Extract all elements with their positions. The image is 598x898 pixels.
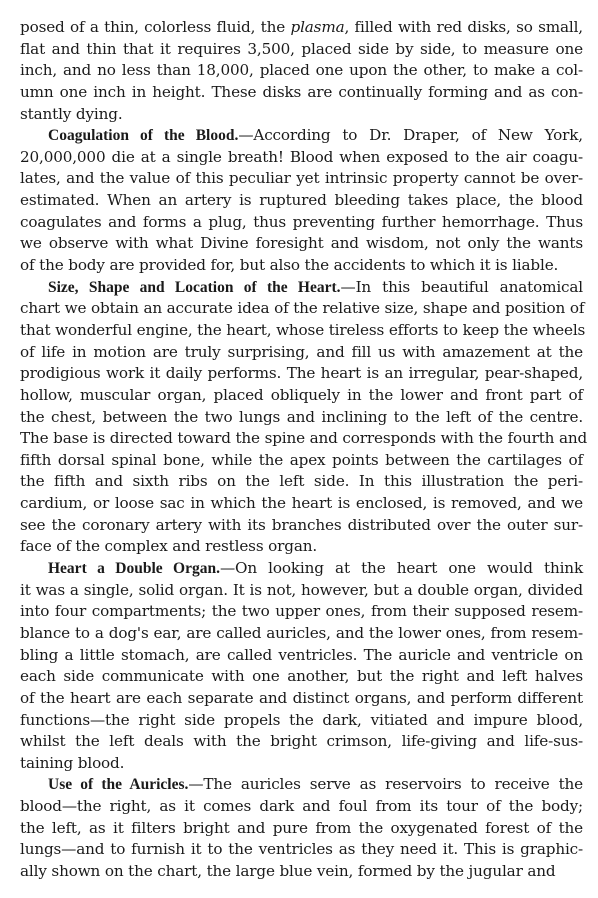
text-line: cardium, or loose sac in which the heart… xyxy=(20,493,583,515)
section-heading: Coagulation of the Blood. xyxy=(48,127,238,144)
text-run: , filled with red disks, so small, xyxy=(344,18,583,36)
text-run: the fifth and sixth ribs on the left sid… xyxy=(20,472,583,490)
section-heading: Use of the Auricles. xyxy=(48,776,188,793)
text-run: umn one inch in height. These disks are … xyxy=(20,83,583,101)
text-run: flat and thin that it requires 3,500, pl… xyxy=(20,40,583,58)
text-line: lungs—and to furnish it to the ventricle… xyxy=(20,839,583,861)
text-line: whilst the left deals with the bright cr… xyxy=(20,731,583,753)
text-run: each side communicate with one another, … xyxy=(20,667,583,685)
text-run: —The auricles serve as reservoirs to rec… xyxy=(188,775,583,793)
text-line: the left, as it filters bright and pure … xyxy=(20,818,583,840)
text-run: blance to a dog's ear, are called auricl… xyxy=(20,624,583,642)
text-line: see the coronary artery with its branche… xyxy=(20,515,583,537)
text-line: hollow, muscular organ, placed obliquely… xyxy=(20,385,583,407)
text-run: estimated. When an artery is ruptured bl… xyxy=(20,191,583,209)
text-line: bling a little stomach, are called ventr… xyxy=(20,645,583,667)
text-run: of the body are provided for, but also t… xyxy=(20,256,558,274)
text-run: the chest, between the two lungs and inc… xyxy=(20,408,583,426)
text-run: posed of a thin, colorless fluid, the xyxy=(20,18,291,36)
text-line: blood—the right, as it comes dark and fo… xyxy=(20,796,583,818)
italic-term: plasma xyxy=(291,18,345,36)
text-run: cardium, or loose sac in which the heart… xyxy=(20,494,583,512)
text-run: taining blood. xyxy=(20,754,124,772)
text-line: functions—the right side propels the dar… xyxy=(20,710,583,732)
text-line: inch, and no less than 18,000, placed on… xyxy=(20,60,583,82)
text-line: each side communicate with one another, … xyxy=(20,666,583,688)
text-line: chart we obtain an accurate idea of the … xyxy=(20,298,583,320)
text-line: posed of a thin, colorless fluid, the pl… xyxy=(20,17,583,39)
text-line: of life in motion are truly surprising, … xyxy=(20,342,583,364)
text-line: ally shown on the chart, the large blue … xyxy=(20,861,583,883)
text-line: we observe with what Divine foresight an… xyxy=(20,233,583,255)
text-line: it was a single, solid organ. It is not,… xyxy=(20,580,583,602)
text-line: 20,000,000 die at a single breath! Blood… xyxy=(20,147,583,169)
text-run: blood—the right, as it comes dark and fo… xyxy=(20,797,583,815)
text-line: estimated. When an artery is ruptured bl… xyxy=(20,190,583,212)
text-run: prodigious work it daily performs. The h… xyxy=(20,364,583,382)
text-line: Use of the Auricles.—The auricles serve … xyxy=(20,774,583,796)
continuation-paragraph: posed of a thin, colorless fluid, the pl… xyxy=(20,17,583,125)
section-heading: Heart a Double Organ. xyxy=(48,560,220,577)
text-run: lates, and the value of this peculiar ye… xyxy=(20,169,583,187)
text-run: inch, and no less than 18,000, placed on… xyxy=(20,61,583,79)
text-line: of the body are provided for, but also t… xyxy=(20,255,583,277)
text-run: bling a little stomach, are called ventr… xyxy=(20,646,583,664)
text-run: the left, as it filters bright and pure … xyxy=(20,819,583,837)
text-run: coagulates and forms a plug, thus preven… xyxy=(20,213,583,231)
text-line: fifth dorsal spinal bone, while the apex… xyxy=(20,450,583,472)
text-run: of the heart are each separate and disti… xyxy=(20,689,583,707)
text-line: prodigious work it daily performs. The h… xyxy=(20,363,583,385)
section-paragraph: Coagulation of the Blood.—According to D… xyxy=(20,125,583,276)
section-paragraph: Heart a Double Organ.—On looking at the … xyxy=(20,558,583,774)
text-run: that wonderful engine, the heart, whose … xyxy=(20,321,585,339)
text-line: coagulates and forms a plug, thus preven… xyxy=(20,212,583,234)
text-run: see the coronary artery with its branche… xyxy=(20,516,583,534)
text-run: 20,000,000 die at a single breath! Blood… xyxy=(20,148,583,166)
text-run: stantly dying. xyxy=(20,105,123,123)
text-run: ally shown on the chart, the large blue … xyxy=(20,862,555,880)
document-page: posed of a thin, colorless fluid, the pl… xyxy=(20,17,583,883)
text-line: lates, and the value of this peculiar ye… xyxy=(20,168,583,190)
text-run: hollow, muscular organ, placed obliquely… xyxy=(20,386,583,404)
text-line: flat and thin that it requires 3,500, pl… xyxy=(20,39,583,61)
text-run: functions—the right side propels the dar… xyxy=(20,711,583,729)
text-line: taining blood. xyxy=(20,753,583,775)
text-run: lungs—and to furnish it to the ventricle… xyxy=(20,840,583,858)
text-run: —According to Dr. Draper, of New York, xyxy=(238,126,583,144)
text-run: The base is directed toward the spine an… xyxy=(20,429,587,447)
text-run: whilst the left deals with the bright cr… xyxy=(20,732,583,750)
text-line: Coagulation of the Blood.—According to D… xyxy=(20,125,583,147)
text-run: of life in motion are truly surprising, … xyxy=(20,343,583,361)
text-line: the chest, between the two lungs and inc… xyxy=(20,407,583,429)
text-line: Heart a Double Organ.—On looking at the … xyxy=(20,558,583,580)
text-line: the fifth and sixth ribs on the left sid… xyxy=(20,471,583,493)
text-run: fifth dorsal spinal bone, while the apex… xyxy=(20,451,583,469)
section-paragraph: Use of the Auricles.—The auricles serve … xyxy=(20,774,583,882)
text-run: —In this beautiful anatomical xyxy=(341,278,583,296)
text-run: face of the complex and restless organ. xyxy=(20,537,317,555)
text-run: we observe with what Divine foresight an… xyxy=(20,234,583,252)
text-run: chart we obtain an accurate idea of the … xyxy=(20,299,584,317)
text-run: —On looking at the heart one would think xyxy=(220,559,583,577)
text-line: of the heart are each separate and disti… xyxy=(20,688,583,710)
text-line: blance to a dog's ear, are called auricl… xyxy=(20,623,583,645)
text-run: it was a single, solid organ. It is not,… xyxy=(20,581,583,599)
text-line: face of the complex and restless organ. xyxy=(20,536,583,558)
section-paragraph: Size, Shape and Location of the Heart.—I… xyxy=(20,277,583,558)
text-line: stantly dying. xyxy=(20,104,583,126)
text-line: umn one inch in height. These disks are … xyxy=(20,82,583,104)
text-line: into four compartments; the two upper on… xyxy=(20,601,583,623)
text-line: that wonderful engine, the heart, whose … xyxy=(20,320,583,342)
text-line: The base is directed toward the spine an… xyxy=(20,428,583,450)
text-line: Size, Shape and Location of the Heart.—I… xyxy=(20,277,583,299)
text-run: into four compartments; the two upper on… xyxy=(20,602,583,620)
section-heading: Size, Shape and Location of the Heart. xyxy=(48,279,341,296)
